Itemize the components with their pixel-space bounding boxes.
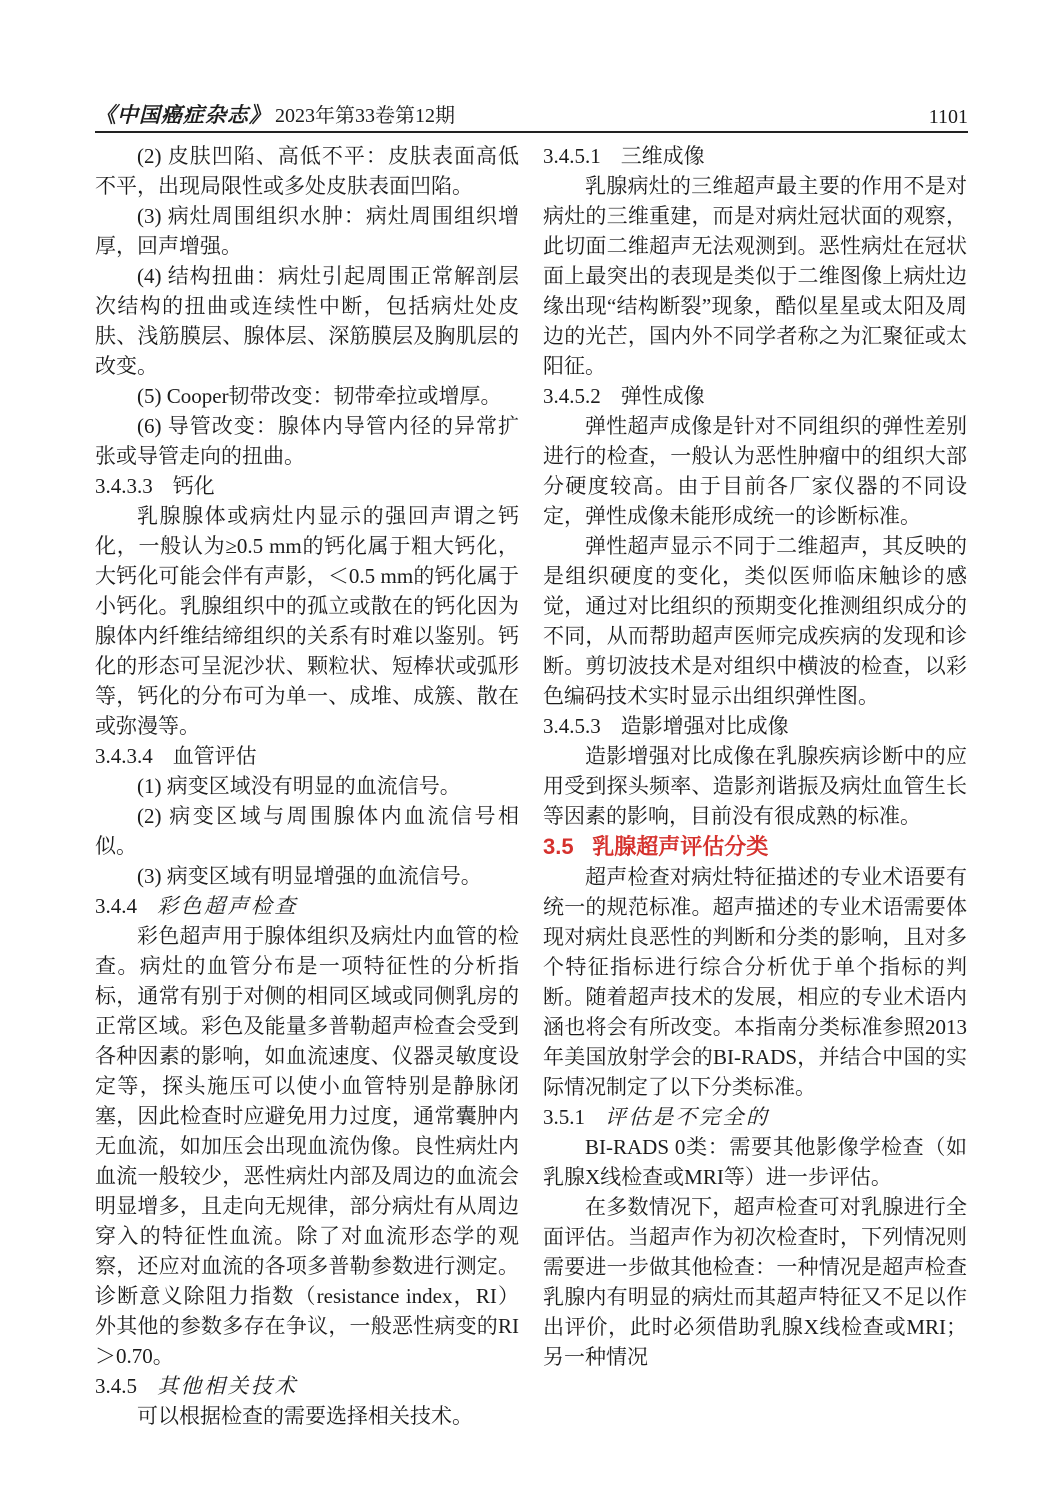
paragraph: 弹性超声成像是针对不同组织的弹性差别进行的检查，一般认为恶性肿瘤中的组织大部分硬… [543, 411, 967, 531]
paragraph: 乳腺腺体或病灶内显示的强回声谓之钙化，一般认为≥0.5 mm的钙化属于粗大钙化，… [95, 501, 519, 741]
column-right: 3.4.5.1三维成像乳腺病灶的三维超声最主要的作用不是对病灶的三维重建，而是对… [543, 141, 967, 1431]
section-title: 造影增强对比成像 [621, 714, 789, 738]
paragraph: (4) 结构扭曲：病灶引起周围正常解剖层次结构的扭曲或连续性中断，包括病灶处皮肤… [95, 261, 519, 381]
section-number: 3.5.1 [543, 1105, 585, 1129]
section-number: 3.5 [543, 834, 574, 859]
section-heading: 3.5.1评估是不完全的 [543, 1102, 967, 1132]
section-number: 3.4.5.1 [543, 144, 601, 168]
section-heading: 3.4.3.4血管评估 [95, 741, 519, 771]
paragraph: 造影增强对比成像在乳腺疾病诊断中的应用受到探头频率、造影剂谐振及病灶血管生长等因… [543, 741, 967, 831]
paragraph: (3) 病灶周围组织水肿：病灶周围组织增厚，回声增强。 [95, 201, 519, 261]
section-heading: 3.5乳腺超声评估分类 [543, 831, 967, 862]
section-title: 弹性成像 [621, 384, 705, 408]
running-head: 《中国癌症杂志》2023年第33卷第12期 1101 [95, 103, 968, 129]
paragraph: (6) 导管改变：腺体内导管内径的异常扩张或导管走向的扭曲。 [95, 411, 519, 471]
section-number: 3.4.3.4 [95, 744, 153, 768]
section-title: 血管评估 [173, 744, 257, 768]
section-number: 3.4.3.3 [95, 474, 153, 498]
paragraph: (1) 病变区域没有明显的血流信号。 [95, 771, 519, 801]
section-title: 三维成像 [621, 144, 705, 168]
section-title: 钙化 [173, 474, 215, 498]
section-number: 3.4.5.3 [543, 714, 601, 738]
section-title: 其他相关技术 [157, 1374, 298, 1398]
journal-page: 《中国癌症杂志》2023年第33卷第12期 1101 (2) 皮肤凹陷、高低不平… [0, 0, 1050, 1485]
paragraph: 超声检查对病灶特征描述的专业术语要有统一的规范标准。超声描述的专业术语需要体现对… [543, 862, 967, 1102]
section-number: 3.4.5.2 [543, 384, 601, 408]
section-number: 3.4.4 [95, 894, 137, 918]
section-heading: 3.4.5.3造影增强对比成像 [543, 711, 967, 741]
section-heading: 3.4.4彩色超声检查 [95, 891, 519, 921]
column-left: (2) 皮肤凹陷、高低不平：皮肤表面高低不平，出现局限性或多处皮肤表面凹陷。(3… [95, 141, 519, 1431]
section-title: 评估是不完全的 [605, 1105, 770, 1129]
section-title: 乳腺超声评估分类 [592, 834, 768, 859]
running-head-left: 《中国癌症杂志》2023年第33卷第12期 [95, 99, 455, 129]
section-heading: 3.4.3.3钙化 [95, 471, 519, 501]
paragraph: (5) Cooper韧带改变：韧带牵拉或增厚。 [95, 381, 519, 411]
paragraph: (2) 皮肤凹陷、高低不平：皮肤表面高低不平，出现局限性或多处皮肤表面凹陷。 [95, 141, 519, 201]
paragraph: 可以根据检查的需要选择相关技术。 [95, 1401, 519, 1431]
paragraph: 乳腺病灶的三维超声最主要的作用不是对病灶的三维重建，而是对病灶冠状面的观察，此切… [543, 171, 967, 381]
page-number: 1101 [929, 106, 968, 129]
paragraph: BI-RADS 0类：需要其他影像学检查（如乳腺X线检查或MRI等）进一步评估。 [543, 1132, 967, 1192]
paragraph: 在多数情况下，超声检查可对乳腺进行全面评估。当超声作为初次检查时，下列情况则需要… [543, 1192, 967, 1372]
paragraph: 弹性超声显示不同于二维超声，其反映的是组织硬度的变化，类似医师临床触诊的感觉，通… [543, 531, 967, 711]
issue-info: 2023年第33卷第12期 [275, 105, 455, 127]
section-heading: 3.4.5.2弹性成像 [543, 381, 967, 411]
paragraph: (2) 病变区域与周围腺体内血流信号相似。 [95, 801, 519, 861]
journal-title: 《中国癌症杂志》 [95, 103, 271, 127]
paragraph: (3) 病变区域有明显增强的血流信号。 [95, 861, 519, 891]
two-column-body: (2) 皮肤凹陷、高低不平：皮肤表面高低不平，出现局限性或多处皮肤表面凹陷。(3… [95, 141, 968, 1431]
section-heading: 3.4.5.1三维成像 [543, 141, 967, 171]
section-heading: 3.4.5其他相关技术 [95, 1371, 519, 1401]
section-title: 彩色超声检查 [157, 894, 298, 918]
section-number: 3.4.5 [95, 1374, 137, 1398]
paragraph: 彩色超声用于腺体组织及病灶内血管的检查。病灶的血管分布是一项特征性的分析指标，通… [95, 921, 519, 1371]
header-rule [95, 131, 968, 133]
